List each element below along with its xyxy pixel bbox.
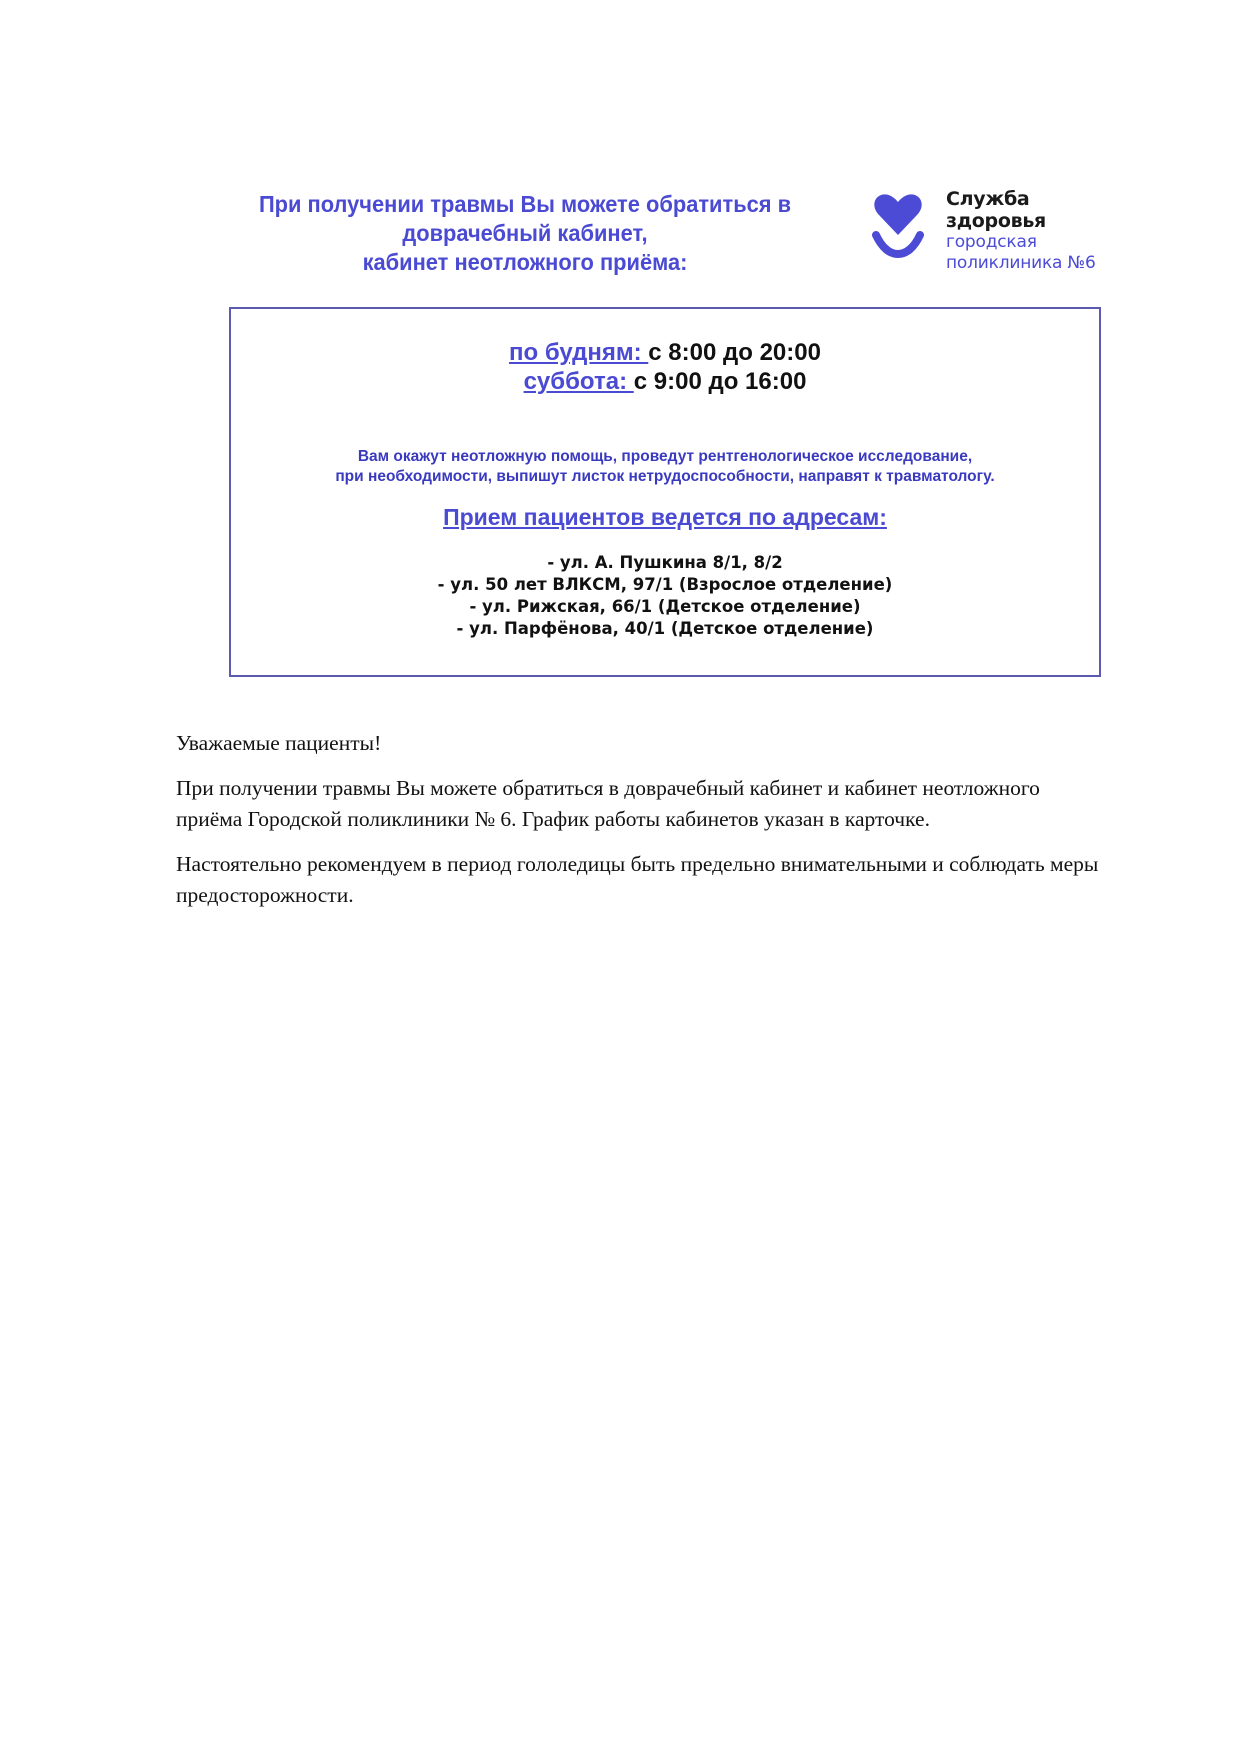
paragraph: При получении травмы Вы можете обратитьс…: [176, 773, 1106, 835]
clinic-logo: Служба здоровья городская поликлиника №6: [868, 188, 1128, 278]
address-item: - ул. 50 лет ВЛКСМ, 97/1 (Взрослое отдел…: [229, 574, 1101, 596]
schedule-weekdays: по будням: с 8:00 до 20:00: [229, 338, 1101, 367]
weekdays-hours: с 8:00 до 20:00: [648, 339, 821, 366]
logo-line: Служба: [946, 188, 1096, 210]
address-list: - ул. А. Пушкина 8/1, 8/2 - ул. 50 лет В…: [229, 552, 1101, 640]
services-line: при необходимости, выпишут листок нетруд…: [229, 467, 1101, 487]
heart-smile-icon: [868, 188, 938, 268]
saturday-label: суббота:: [524, 368, 634, 395]
address-item: - ул. Рижская, 66/1 (Детское отделение): [229, 596, 1101, 618]
schedule-saturday: суббота: с 9:00 до 16:00: [229, 367, 1101, 396]
saturday-hours: с 9:00 до 16:00: [634, 368, 807, 395]
poster-title: При получении травмы Вы можете обратитьс…: [204, 190, 846, 277]
addresses-heading: Прием пациентов ведется по адресам:: [229, 504, 1101, 531]
services-description: Вам окажут неотложную помощь, проведут р…: [229, 447, 1101, 487]
address-item: - ул. Парфёнова, 40/1 (Детское отделение…: [229, 618, 1101, 640]
poster-title-line: При получении травмы Вы можете обратитьс…: [204, 190, 846, 219]
poster-title-line: кабинет неотложного приёма:: [204, 248, 846, 277]
logo-line: здоровья: [946, 210, 1096, 232]
address-item: - ул. А. Пушкина 8/1, 8/2: [229, 552, 1101, 574]
logo-line: поликлиника №6: [946, 253, 1096, 274]
weekdays-label: по будням:: [509, 339, 648, 366]
paragraph: Настоятельно рекомендуем в период гололе…: [176, 849, 1106, 911]
announcement-body: Уважаемые пациенты! При получении травмы…: [176, 728, 1106, 925]
greeting: Уважаемые пациенты!: [176, 728, 1106, 759]
logo-text: Служба здоровья городская поликлиника №6: [946, 188, 1096, 274]
poster-title-line: доврачебный кабинет,: [204, 219, 846, 248]
logo-line: городская: [946, 232, 1096, 253]
services-line: Вам окажут неотложную помощь, проведут р…: [229, 447, 1101, 467]
schedule: по будням: с 8:00 до 20:00 суббота: с 9:…: [229, 338, 1101, 396]
